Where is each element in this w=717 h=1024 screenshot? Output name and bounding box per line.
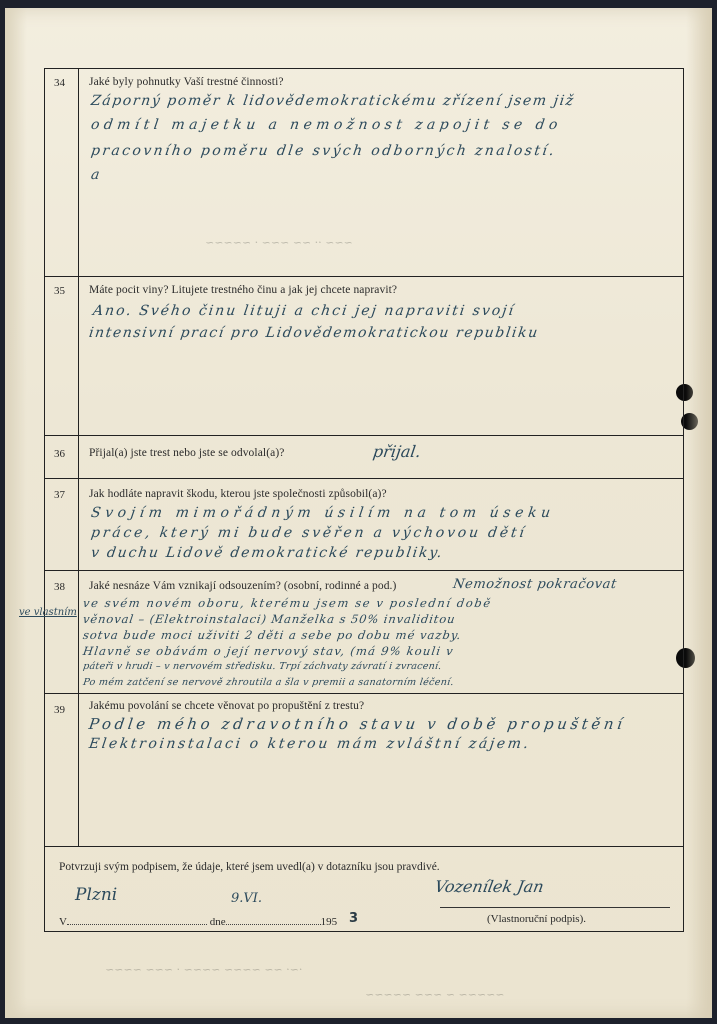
number-column: 39 xyxy=(45,694,79,846)
place-dotted-line xyxy=(67,915,207,925)
answer-line: Záporný poměr k lidovědemokratickému zří… xyxy=(90,91,577,111)
answer-line: odmítl majetku a nemožnost zapojit se do xyxy=(90,115,564,135)
answer-line: Elektroinstalaci o kterou mám zvláštní z… xyxy=(88,734,532,754)
number-column: 34 xyxy=(45,69,79,276)
question-row-35: 35 Máte pocit viny? Litujete trestného č… xyxy=(45,277,683,436)
question-row-34: 34 Jaké byly pohnutky Vaší trestné činno… xyxy=(45,69,683,277)
answer-line: a xyxy=(90,165,101,185)
number-column: 36 xyxy=(45,436,79,478)
answer-line: přijal. xyxy=(372,442,423,462)
answer-line: Svojím mimořádným úsilím na tom úseku xyxy=(90,503,557,523)
declaration-section: Potvrzuji svým podpisem, že údaje, které… xyxy=(45,847,683,933)
question-row-38: 38 Jaké nesnáze Vám vznikají odsouzením?… xyxy=(45,571,683,694)
number-column: 35 xyxy=(45,277,79,435)
question-text: Přijal(a) jste trest nebo jste se odvola… xyxy=(89,447,284,459)
question-number: 39 xyxy=(54,704,65,716)
answer-line: Podle mého zdravotního stavu v době prop… xyxy=(88,714,627,734)
signature-label: (Vlastnoruční podpis). xyxy=(487,913,586,925)
question-number: 36 xyxy=(54,448,65,460)
answer-line: intensivní prací pro Lidovědemokratickou… xyxy=(88,323,541,343)
question-row-39: 39 Jakému povolání se chcete věnovat po … xyxy=(45,694,683,847)
question-row-36: 36 Přijal(a) jste trest nebo jste se odv… xyxy=(45,436,683,479)
bleed-through-marks: ~~~~~ ~ ~~~ ~~~~~ xyxy=(365,988,505,1001)
answer-line: v duchu Lidově demokratické republiky. xyxy=(90,543,445,563)
question-text: Jaké nesnáze Vám vznikají odsouzením? (o… xyxy=(89,580,396,592)
signature-line xyxy=(440,907,670,908)
question-number: 37 xyxy=(54,489,65,501)
answer-line: Ano. Svého činu lituji a chci jej naprav… xyxy=(92,301,517,321)
answer-line: práce, který mi bude svěřen a výchovou d… xyxy=(90,523,528,543)
answer-line: páteři v hrudi – v nervovém středisku. T… xyxy=(82,659,443,676)
date-dotted-line xyxy=(226,915,321,925)
declaration-text: Potvrzuji svým podpisem, že údaje, které… xyxy=(59,861,440,873)
answer-line: ve svém novém oboru, kterému jsem se v p… xyxy=(82,595,493,612)
question-text: Jakému povolání se chcete věnovat po pro… xyxy=(89,700,364,712)
number-column: 38 xyxy=(45,571,79,693)
question-number: 34 xyxy=(54,77,65,89)
question-text: Jaké byly pohnutky Vaší trestné činnosti… xyxy=(89,76,284,88)
answer-line: Hlavně se obávám o její nervový stav, (m… xyxy=(82,643,455,660)
date-prefix: dne xyxy=(210,916,226,928)
document-page: ~~~ ·· ~~ ~~~ · ~~~~~ ·~· ~~ ~~~~ ~~~~ ·… xyxy=(5,8,712,1018)
answer-line: sotva bude moci uživiti 2 děti a sebe po… xyxy=(82,627,463,644)
bleed-through-marks: ·~· ~~ ~~~~ ~~~~ · ~~~ ~~~~ xyxy=(105,963,302,976)
year-printed: 195 xyxy=(321,916,338,928)
signature: Vozenílek Jan xyxy=(433,877,545,896)
margin-note: ve vlastním xyxy=(19,607,77,618)
question-text: Jak hodláte napravit škodu, kterou jste … xyxy=(89,488,387,500)
number-column: 37 xyxy=(45,479,79,570)
answer-inline: Nemožnost pokračovat xyxy=(452,575,619,595)
place-handwritten: Plzni xyxy=(75,885,117,905)
answer-line: Po mém zatčení se nervově zhroutila a šl… xyxy=(82,675,455,692)
year-handwritten: 3 xyxy=(349,911,358,926)
question-row-37: 37 Jak hodláte napravit škodu, kterou js… xyxy=(45,479,683,571)
place-date-line: V dne195 xyxy=(59,915,337,928)
place-prefix: V xyxy=(59,916,67,928)
question-number: 35 xyxy=(54,285,65,297)
date-handwritten: 9.VI. xyxy=(231,891,262,906)
questionnaire-form: 34 Jaké byly pohnutky Vaší trestné činno… xyxy=(44,68,684,932)
answer-line: pracovního poměru dle svých odborných zn… xyxy=(90,141,558,161)
answer-line: věnoval – (Elektroinstalaci) Manželka s … xyxy=(82,611,457,628)
question-text: Máte pocit viny? Litujete trestného činu… xyxy=(89,284,397,296)
question-number: 38 xyxy=(54,581,65,593)
